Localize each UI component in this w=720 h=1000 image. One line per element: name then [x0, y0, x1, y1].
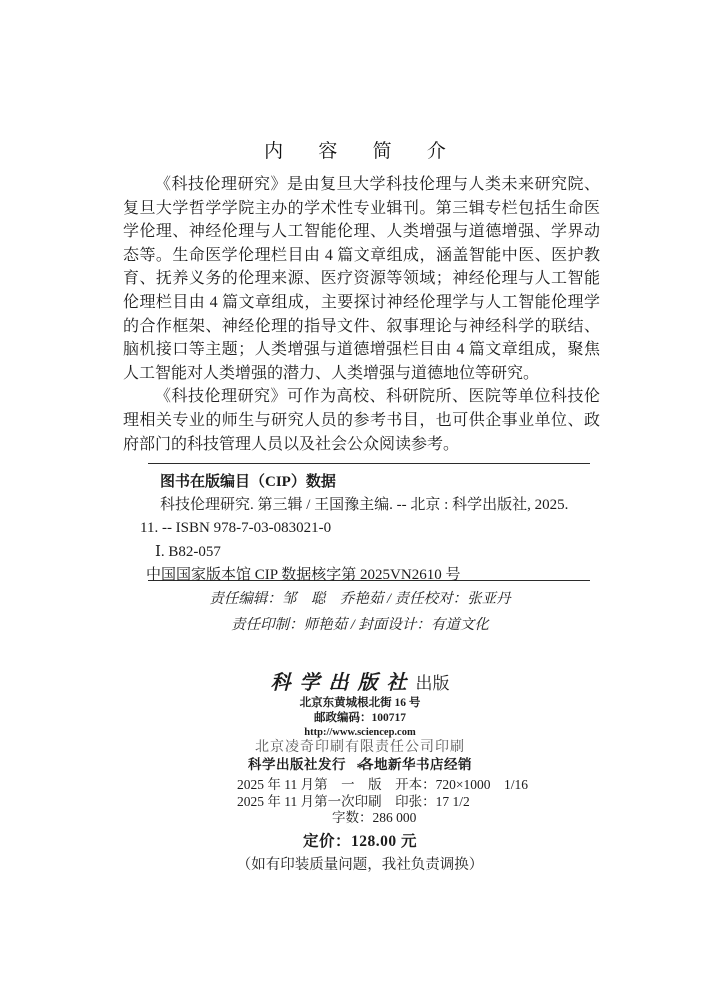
publisher-logotype: 科学出版社	[271, 672, 416, 694]
publisher-website: http://www.sciencep.com	[0, 726, 720, 740]
printing-run-line: 2025 年 11 月第一次印刷 印张：17 1/2	[237, 794, 528, 811]
word-count-line: 字数：286 000	[237, 810, 528, 827]
book-copyright-page: 内 容 简 介 《科技伦理研究》是由复旦大学科技伦理与人类未来研究院、复旦大学哲…	[0, 0, 720, 1000]
quality-note: （如有印装质量问题，我社负责调换）	[0, 853, 720, 874]
edition-line: 2025 年 11 月第 一 版 开本：720×1000 1/16	[237, 777, 528, 794]
publisher-name-line: 科学出版社出版	[0, 671, 720, 696]
editors-credit-line: 责任编辑：邹 聪 乔艳茹 / 责任校对：张亚丹	[0, 586, 720, 612]
publisher-postcode: 邮政编码：100717	[0, 711, 720, 726]
staff-credits: 责任编辑：邹 聪 乔艳茹 / 责任校对：张亚丹 责任印制：师艳茹 / 封面设计：…	[0, 586, 720, 638]
cip-heading: 图书在版编目（CIP）数据	[148, 471, 590, 494]
page-title: 内 容 简 介	[0, 136, 720, 163]
printing-credit-line: 责任印制：师艳茹 / 封面设计：有道文化	[0, 612, 720, 638]
cip-isbn-line: 11. -- ISBN 978-7-03-083021-0	[140, 517, 590, 540]
cip-record-number-line: 中国国家版本馆 CIP 数据核字第 2025VN2610 号	[146, 564, 590, 587]
summary-paragraph-2: 《科技伦理研究》可作为高校、科研院所、医院等单位科技伦理相关专业的师生与研究人员…	[123, 385, 600, 456]
cip-data-block: 图书在版编目（CIP）数据 科技伦理研究. 第三辑 / 王国豫主编. -- 北京…	[148, 463, 590, 581]
price-line: 定价：128.00 元	[0, 829, 720, 851]
cip-bibliographic-line: 科技伦理研究. 第三辑 / 王国豫主编. -- 北京 : 科学出版社, 2025…	[148, 494, 590, 517]
summary-paragraph-1: 《科技伦理研究》是由复旦大学科技伦理与人类未来研究院、复旦大学哲学学院主办的学术…	[123, 173, 600, 385]
publisher-logotype-suffix: 出版	[416, 674, 450, 693]
publisher-address: 北京东黄城根北街 16 号	[0, 696, 720, 711]
printer-line: 北京凌奇印刷有限责任公司印刷	[0, 740, 720, 756]
section-divider-asterisk: *	[0, 761, 720, 777]
cip-classification-line: Ⅰ. B82-057	[148, 541, 590, 564]
content-summary: 《科技伦理研究》是由复旦大学科技伦理与人类未来研究院、复旦大学哲学学院主办的学术…	[123, 173, 600, 456]
edition-details: 2025 年 11 月第 一 版 开本：720×1000 1/16 2025 年…	[237, 777, 528, 827]
publisher-imprint: 科学出版社出版 北京东黄城根北街 16 号 邮政编码：100717 http:/…	[0, 671, 720, 773]
